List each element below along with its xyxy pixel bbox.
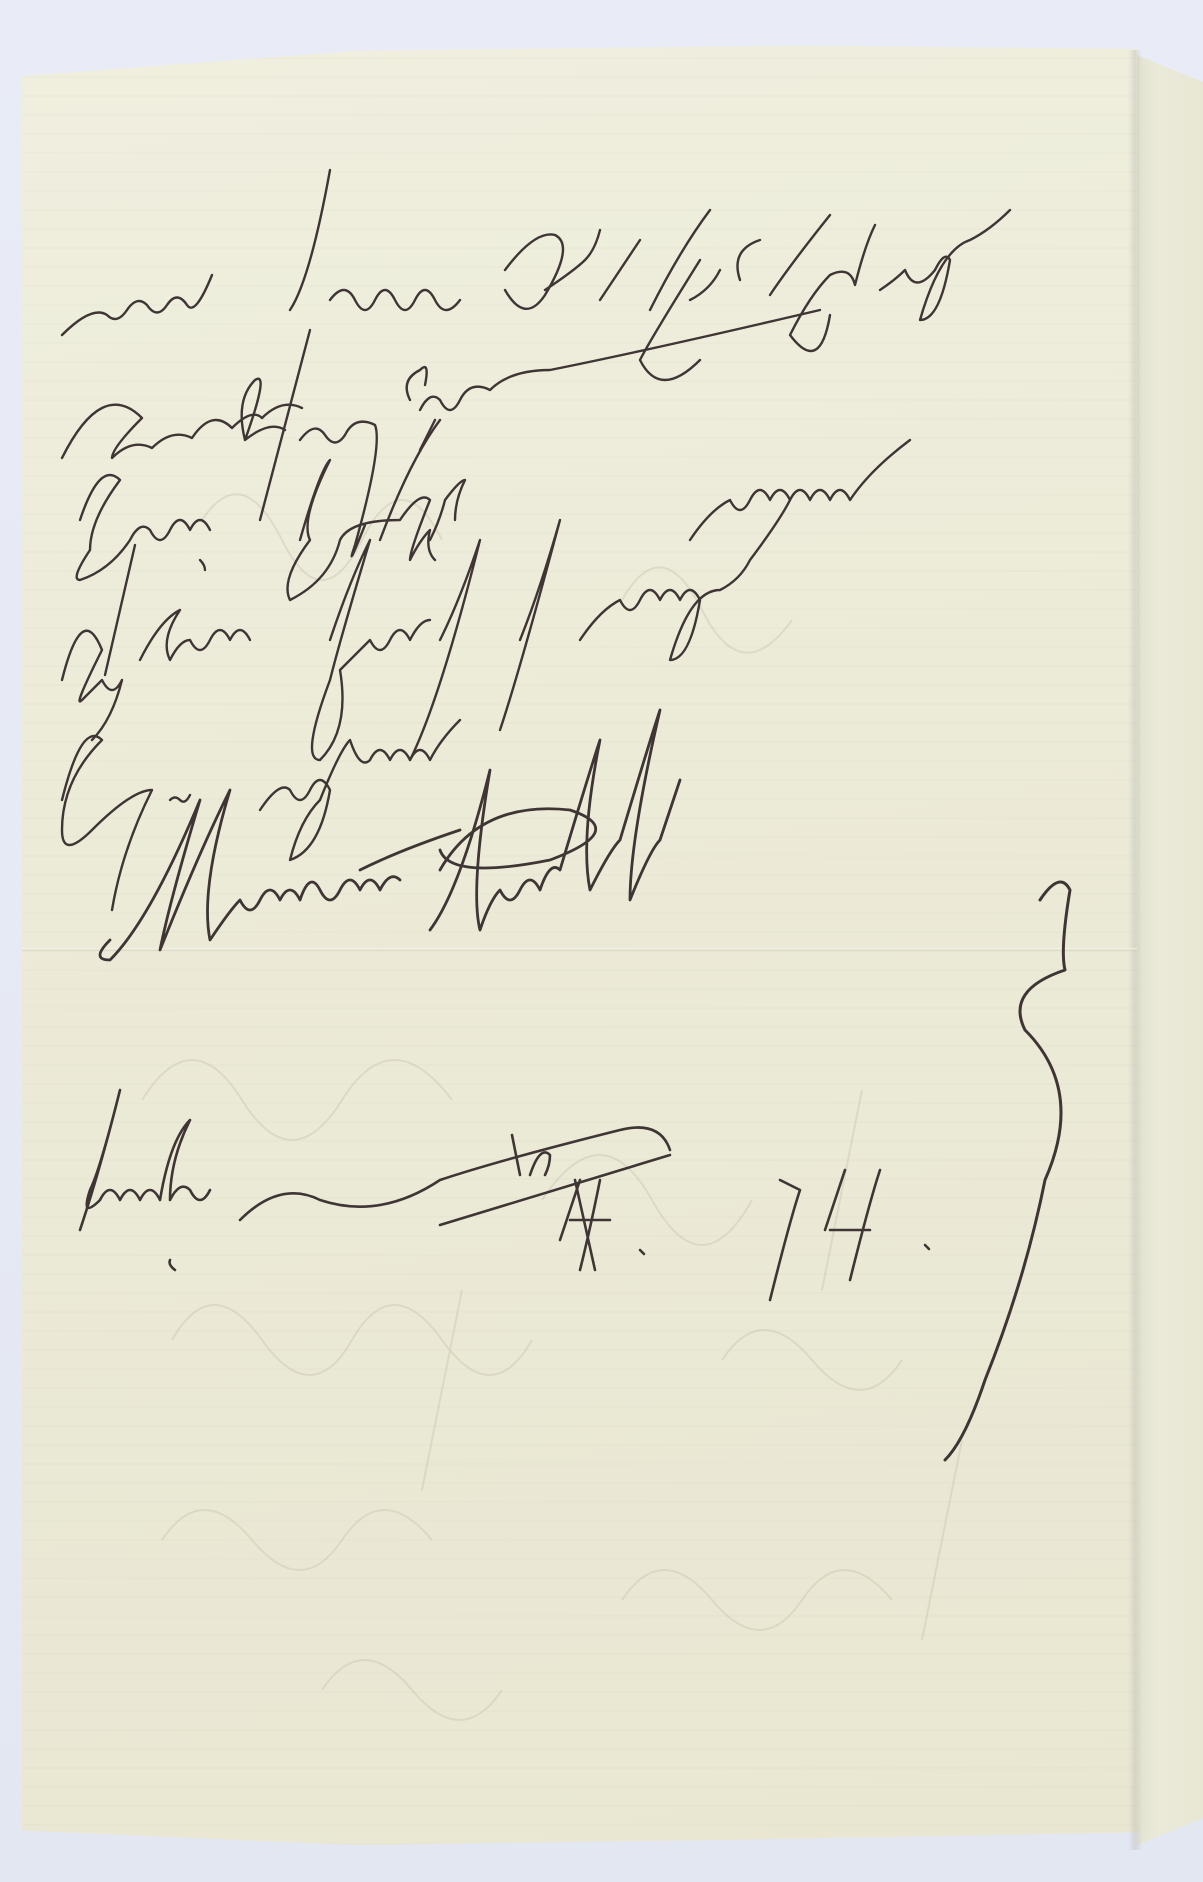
facing-page-edge xyxy=(1137,55,1203,1845)
letter-page xyxy=(22,40,1137,1845)
horizontal-fold-crease xyxy=(22,948,1137,951)
